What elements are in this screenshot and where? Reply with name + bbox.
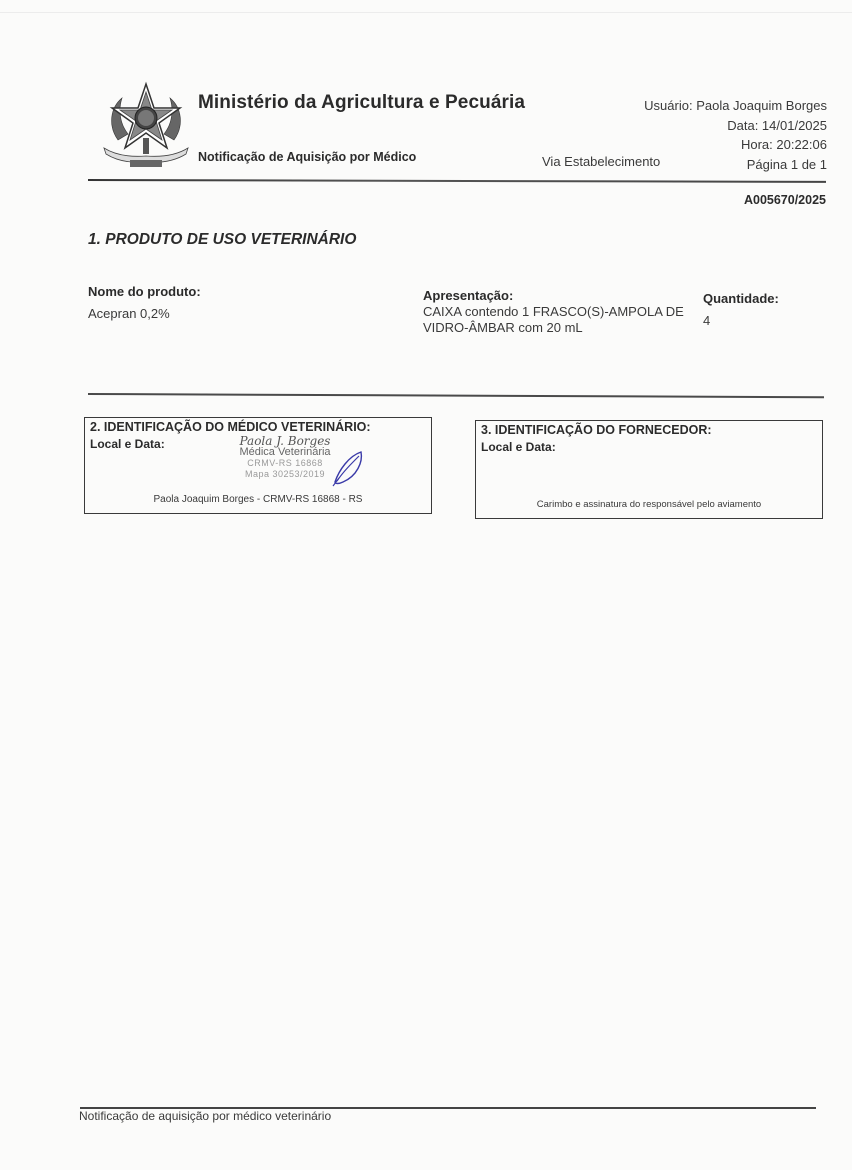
section3-title: 3. IDENTIFICAÇÃO DO FORNECEDOR: <box>481 423 712 437</box>
footer-text: Notificação de aquisição por médico vete… <box>79 1109 331 1123</box>
product-name-label: Nome do produto: <box>88 284 201 299</box>
section-divider <box>88 393 824 398</box>
print-date: Data: 14/01/2025 <box>644 116 827 136</box>
product-name-value: Acepran 0,2% <box>88 306 170 322</box>
page-number: Página 1 de 1 <box>644 155 827 175</box>
presentation-value: CAIXA contendo 1 FRASCO(S)-AMPOLA DE VID… <box>423 304 684 336</box>
vet-name-line: Paola Joaquim Borges - CRMV-RS 16868 - R… <box>85 494 431 505</box>
supplier-identification-box: 3. IDENTIFICAÇÃO DO FORNECEDOR: Local e … <box>475 420 823 519</box>
presentation-line-2: VIDRO-ÂMBAR com 20 mL <box>423 320 684 336</box>
quantity-value: 4 <box>703 313 710 329</box>
scan-edge-line <box>0 12 852 13</box>
header-meta: Usuário: Paola Joaquim Borges Data: 14/0… <box>644 96 827 174</box>
copy-type: Via Estabelecimento <box>542 154 660 169</box>
print-time: Hora: 20:22:06 <box>644 135 827 155</box>
handwritten-signature-icon <box>331 448 367 488</box>
user-name: Usuário: Paola Joaquim Borges <box>644 96 827 116</box>
supplier-stamp-caption: Carimbo e assinatura do responsável pelo… <box>476 499 822 510</box>
quantity-label: Quantidade: <box>703 291 779 306</box>
header-divider <box>88 179 826 183</box>
veterinarian-identification-box: 2. IDENTIFICAÇÃO DO MÉDICO VETERINÁRIO: … <box>84 417 432 514</box>
section2-title: 2. IDENTIFICAÇÃO DO MÉDICO VETERINÁRIO: <box>90 420 371 434</box>
document-number: A005670/2025 <box>744 193 826 207</box>
vet-local-date-label: Local e Data: <box>90 437 165 451</box>
brazil-coat-of-arms-icon <box>100 78 192 170</box>
ministry-title: Ministério da Agricultura e Pecuária <box>198 92 525 114</box>
document-subtitle: Notificação de Aquisição por Médico <box>198 150 416 164</box>
supplier-local-date-label: Local e Data: <box>481 440 556 454</box>
presentation-line-1: CAIXA contendo 1 FRASCO(S)-AMPOLA DE <box>423 304 684 320</box>
presentation-label: Apresentação: <box>423 288 513 303</box>
section1-title: 1. PRODUTO DE USO VETERINÁRIO <box>88 231 356 249</box>
